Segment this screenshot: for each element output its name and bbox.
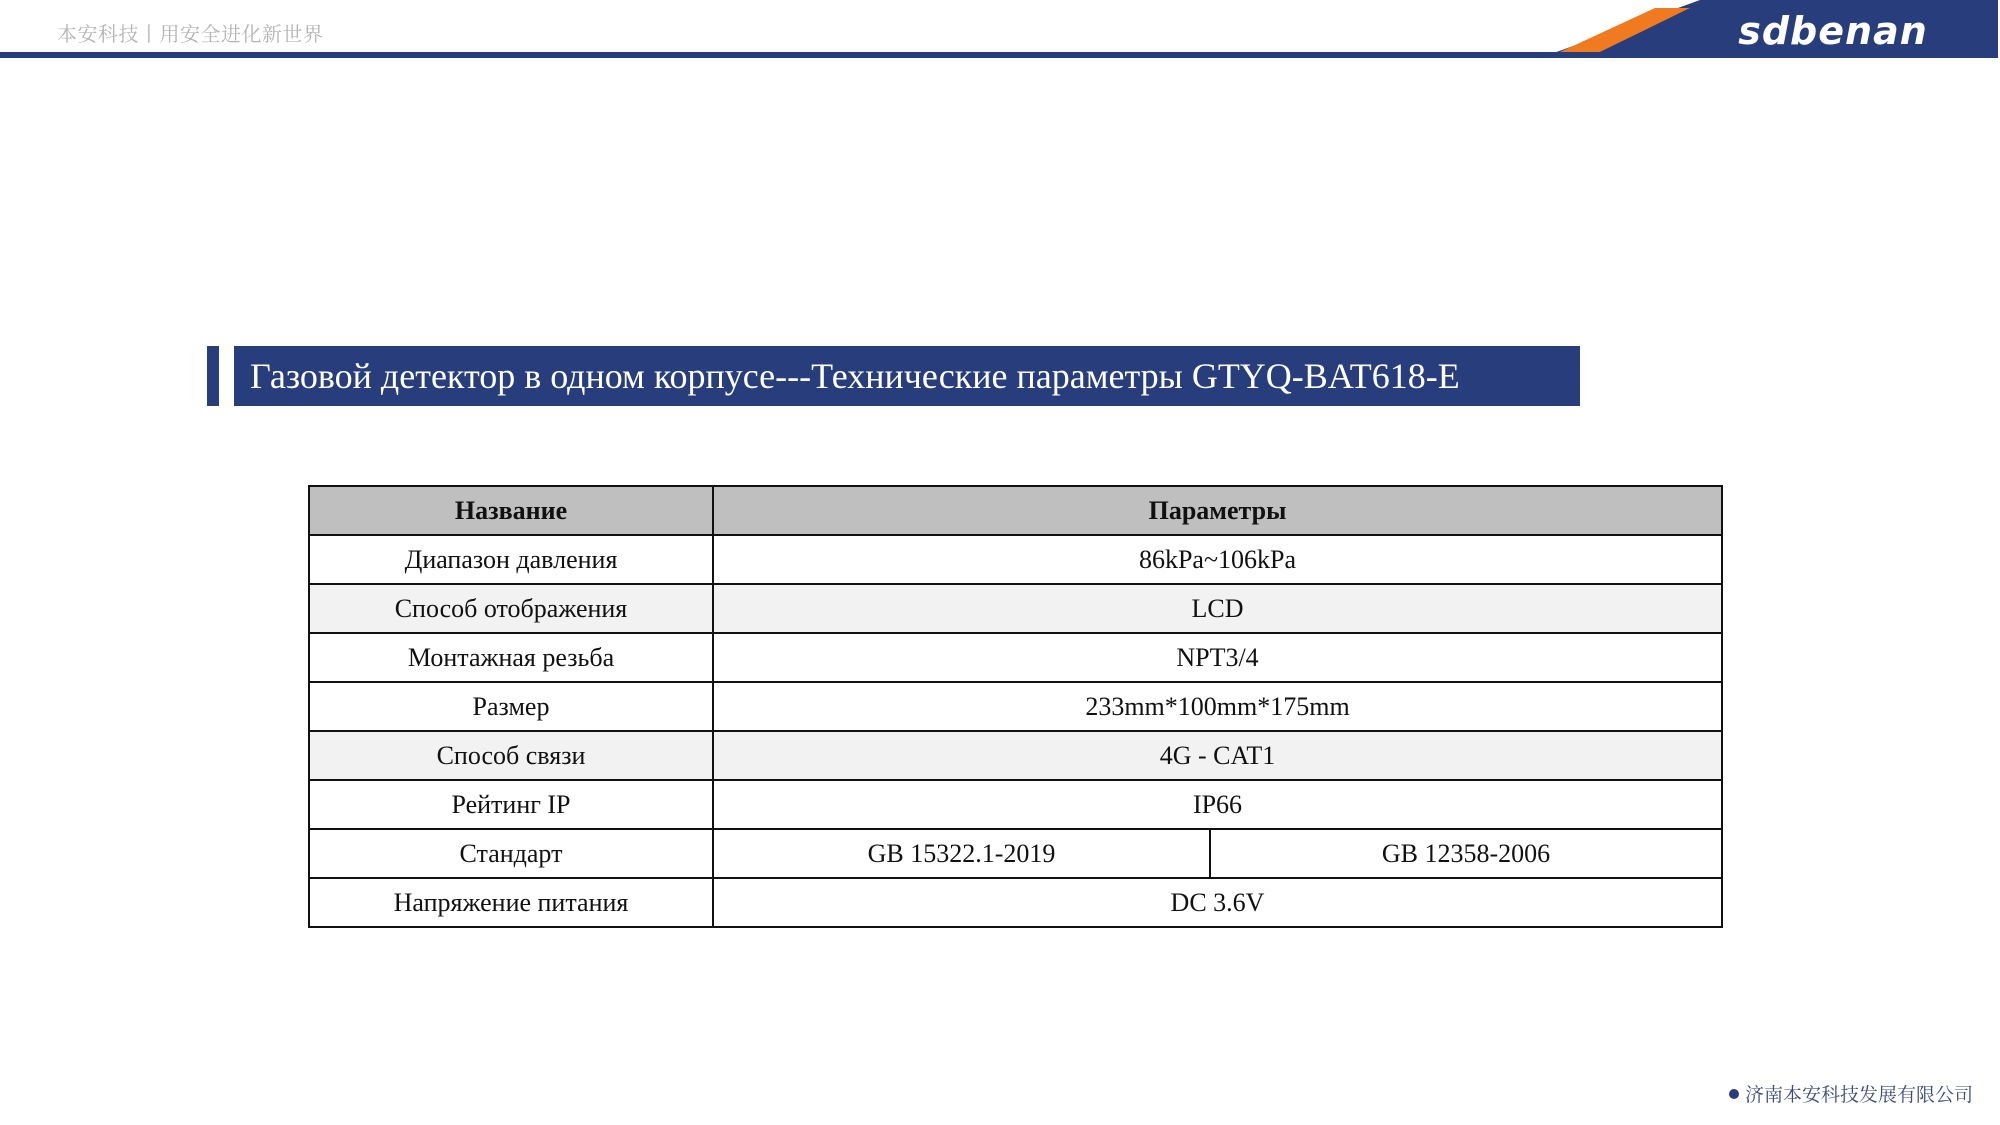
row-value: LCD	[713, 584, 1722, 633]
company-logo: sdbenan	[1540, 0, 1998, 58]
row-label: Размер	[309, 682, 713, 731]
row-value: DC 3.6V	[713, 878, 1722, 927]
row-value: IP66	[713, 780, 1722, 829]
table-row: Монтажная резьба NPT3/4	[309, 633, 1722, 682]
column-header-name: Название	[309, 486, 713, 535]
table-header-row: Название Параметры	[309, 486, 1722, 535]
row-label: Стандарт	[309, 829, 713, 878]
table-row: Напряжение питания DC 3.6V	[309, 878, 1722, 927]
row-label: Способ отображения	[309, 584, 713, 633]
row-value: 233mm*100mm*175mm	[713, 682, 1722, 731]
table-row: Рейтинг IP IP66	[309, 780, 1722, 829]
row-value: 4G - CAT1	[713, 731, 1722, 780]
bullet-dot-icon	[1729, 1089, 1739, 1099]
column-header-parameters: Параметры	[713, 486, 1722, 535]
row-label: Способ связи	[309, 731, 713, 780]
footer-company: 济南本安科技发展有限公司	[1729, 1080, 1973, 1107]
table-row: Стандарт GB 15322.1-2019 GB 12358-2006	[309, 829, 1722, 878]
logo-wordmark: sdbenan	[1708, 4, 1958, 58]
row-value: NPT3/4	[713, 633, 1722, 682]
table-row: Способ связи 4G - CAT1	[309, 731, 1722, 780]
row-label: Напряжение питания	[309, 878, 713, 927]
row-label: Монтажная резьба	[309, 633, 713, 682]
page-title: Газовой детектор в одном корпусе---Техни…	[234, 346, 1580, 406]
row-label: Рейтинг IP	[309, 780, 713, 829]
footer-company-name: 济南本安科技发展有限公司	[1745, 1084, 1973, 1106]
row-label: Диапазон давления	[309, 535, 713, 584]
row-value-standard-1: GB 15322.1-2019	[713, 829, 1210, 878]
row-value-standard-2: GB 12358-2006	[1210, 829, 1722, 878]
table-row: Диапазон давления 86kPa~106kPa	[309, 535, 1722, 584]
title-accent-bar	[207, 346, 219, 406]
header-tagline: 本安科技丨用安全进化新世界	[57, 18, 324, 47]
row-value: 86kPa~106kPa	[713, 535, 1722, 584]
table-row: Размер 233mm*100mm*175mm	[309, 682, 1722, 731]
parameters-table: Название Параметры Диапазон давления 86k…	[308, 485, 1723, 928]
table-row: Способ отображения LCD	[309, 584, 1722, 633]
